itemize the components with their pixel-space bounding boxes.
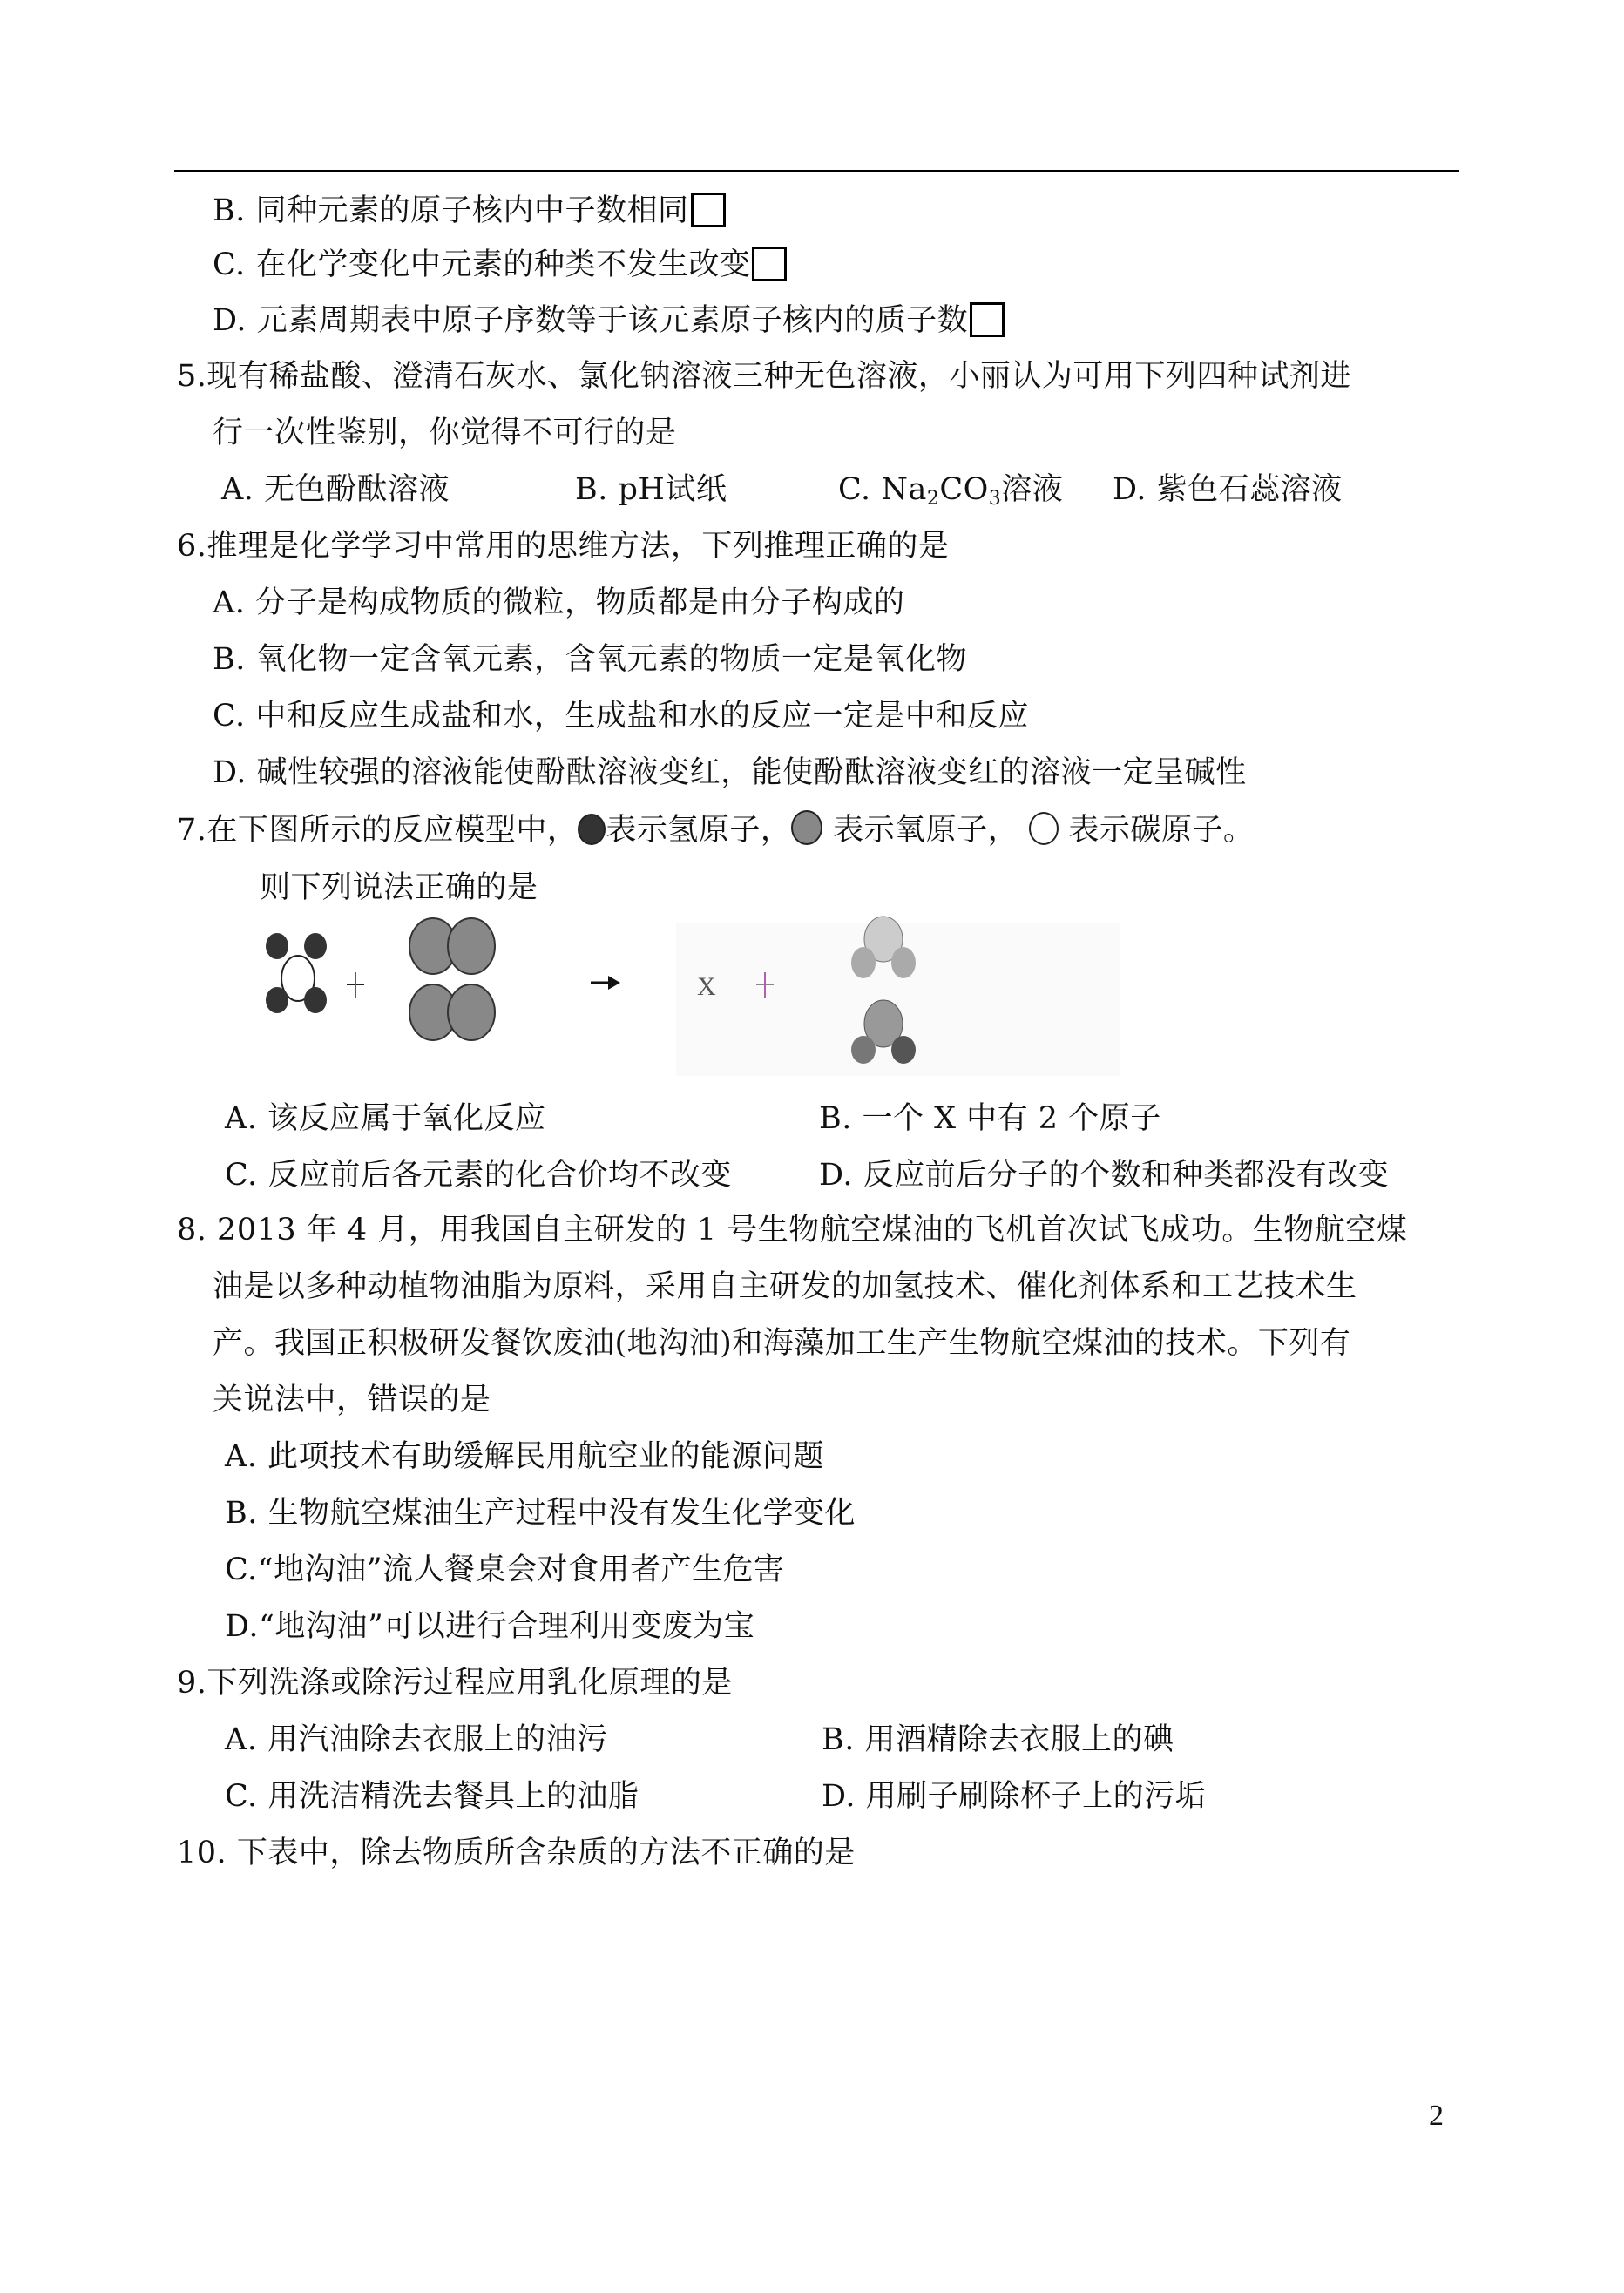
q7-option-b: B. 一个 X 中有 2 个原子: [819, 1099, 1161, 1138]
methane-molecule-icon: [266, 933, 327, 1013]
q4-option-b: B. 同种元素的原子核内中子数相同: [213, 192, 726, 230]
answer-box[interactable]: [691, 193, 726, 227]
q7-option-c: C. 反应前后各元素的化合价均不改变: [225, 1156, 732, 1194]
q6-option-d: D. 碱性较强的溶液能使酚酞溶液变红，能使酚酞溶液变红的溶液一定呈碱性: [213, 754, 1247, 792]
q8-option-d: D.“地沟油”可以进行合理利用变废为宝: [225, 1607, 754, 1646]
product-x: X: [697, 972, 716, 1001]
oxygen-molecules-icon: [409, 918, 495, 1040]
question-number: 9.: [177, 1666, 206, 1701]
reaction-model-diagram: X: [253, 915, 1185, 1080]
q9-option-d: D. 用刷子刷除杯子上的污垢: [822, 1777, 1206, 1816]
q5-option-d: D. 紫色石蕊溶液: [1113, 470, 1343, 509]
q7-option-a: A. 该反应属于氧化反应: [225, 1099, 546, 1138]
q6-stem: 6.推理是化学学习中常用的思维方法，下列推理正确的是: [177, 527, 949, 565]
q6-option-c: C. 中和反应生成盐和水，生成盐和水的反应一定是中和反应: [213, 697, 1029, 735]
option-label: D.: [213, 303, 247, 338]
q7-stem-cont: 则下列说法正确的是: [260, 869, 538, 907]
header-rule: [174, 170, 1459, 172]
question-number: 10.: [177, 1836, 227, 1870]
question-number: 6.: [177, 529, 206, 564]
question-number: 8.: [177, 1213, 206, 1248]
q8-option-c: C.“地沟油”流人餐桌会对食用者产生危害: [225, 1551, 784, 1589]
question-text: 推理是化学学习中常用的思维方法，下列推理正确的是: [206, 529, 949, 564]
q5-stem: 5.现有稀盐酸、澄清石灰水、氯化钠溶液三种无色溶液，小丽认为可用下列四种试剂进: [177, 357, 1351, 396]
arrow-icon: [477, 976, 620, 990]
carbon-atom-icon: [1029, 812, 1059, 845]
answer-box[interactable]: [970, 302, 1005, 337]
q5-stem-cont: 行一次性鉴别，你觉得不可行的是: [213, 414, 677, 452]
hydrogen-atom-icon: [578, 814, 606, 845]
q8-option-b: B. 生物航空煤油生产过程中没有发生化学变化: [225, 1494, 856, 1532]
q8-stem-line2: 油是以多种动植物油脂为原料，采用自主研发的加氢技术、催化剂体系和工艺技术生: [213, 1268, 1357, 1306]
question-number: 7.: [177, 813, 206, 848]
question-text: 现有稀盐酸、澄清石灰水、氯化钠溶液三种无色溶液，小丽认为可用下列四种试剂进: [206, 359, 1351, 394]
q8-stem-line4: 关说法中，错误的是: [213, 1381, 491, 1419]
question-number: 5.: [177, 359, 206, 394]
q9-option-a: A. 用汽油除去衣服上的油污: [225, 1721, 608, 1759]
q5-option-c: C. Na2CO3溶液: [838, 470, 1063, 509]
q9-option-c: C. 用洗洁精洗去餐具上的油脂: [225, 1777, 639, 1816]
q4-option-d: D. 元素周期表中原子序数等于该元素原子核内的质子数: [213, 301, 1005, 340]
plus-sign-1: [347, 972, 364, 998]
option-text: 同种元素的原子核内中子数相同: [256, 193, 689, 228]
option-label: C.: [213, 247, 246, 282]
answer-box[interactable]: [752, 247, 787, 281]
q6-option-b: B. 氧化物一定含氧元素，含氧元素的物质一定是氧化物: [213, 640, 967, 679]
q5-option-b: B. pH试纸: [575, 470, 727, 509]
q9-option-b: B. 用酒精除去衣服上的碘: [822, 1721, 1174, 1759]
q8-stem: 8. 2013 年 4 月，用我国自主研发的 1 号生物航空煤油的飞机首次试飞成…: [177, 1211, 1407, 1249]
option-label: B.: [213, 193, 246, 228]
q10-stem: 10. 下表中，除去物质所含杂质的方法不正确的是: [177, 1834, 856, 1872]
q7-stem: 7.在下图所示的反应模型中，表示氢原子， 表示氧原子， 表示碳原子。: [177, 810, 1254, 849]
q6-option-a: A. 分子是构成物质的微粒，物质都是由分子构成的: [213, 584, 905, 622]
q7-option-d: D. 反应前后分子的个数和种类都没有改变: [819, 1156, 1389, 1194]
reaction-diagram-svg: X: [253, 915, 1185, 1080]
q4-option-c: C. 在化学变化中元素的种类不发生改变: [213, 246, 787, 284]
option-text: 在化学变化中元素的种类不发生改变: [255, 247, 750, 282]
oxygen-atom-icon: [791, 810, 822, 845]
q9-stem: 9.下列洗涤或除污过程应用乳化原理的是: [177, 1664, 733, 1702]
q8-option-a: A. 此项技术有助缓解民用航空业的能源问题: [225, 1437, 824, 1476]
q5-option-a: A. 无色酚酞溶液: [221, 470, 450, 509]
q8-stem-line3: 产。我国正积极研发餐饮废油(地沟油)和海藻加工生产生物航空煤油的技术。下列有: [213, 1324, 1350, 1363]
option-text: 元素周期表中原子序数等于该元素原子核内的质子数: [257, 303, 969, 338]
page-number: 2: [1429, 2100, 1444, 2133]
